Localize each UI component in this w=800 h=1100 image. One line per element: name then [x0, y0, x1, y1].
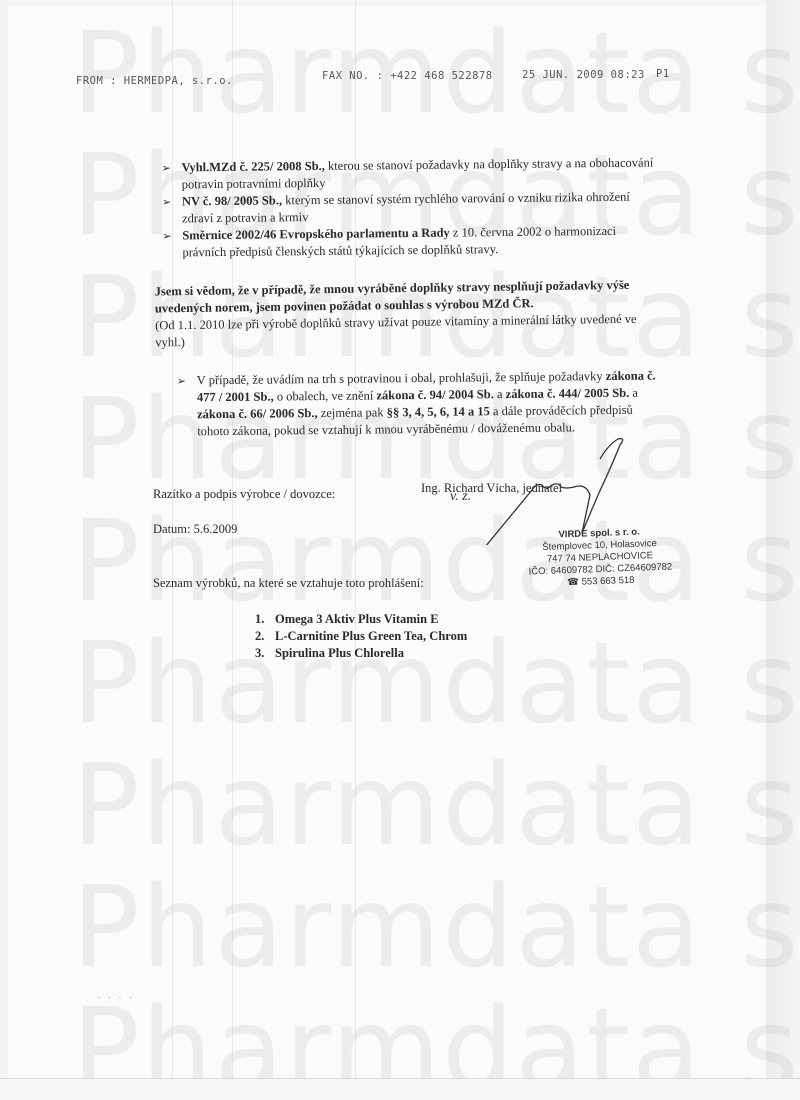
packaging-fragment: zejména pak [318, 405, 387, 420]
product-item: 3.Spirulina Plus Chlorella [255, 645, 467, 662]
regulations-list: ➢ Vyhl.MZd č. 225/ 2008 Sb., kterou se s… [159, 154, 660, 261]
product-name: L-Carnitine Plus Green Tea, Chrom [275, 629, 467, 643]
date-label: Datum: 5.6.2009 [153, 522, 237, 537]
arrow-bullet-icon: ➢ [162, 228, 171, 245]
regulation-ref: NV č. 98/ 2005 Sb., [182, 193, 282, 208]
product-list: 1.Omega 3 Aktiv Plus Vitamin E 2.L-Carni… [255, 611, 467, 662]
fax-datetime: 25 JUN. 2009 08:23 [522, 69, 645, 81]
statement-note: (Od 1.1. 2010 lze při výrobě doplňků str… [155, 311, 653, 352]
law-reference: §§ 3, 4, 5, 6, 14 a 15 [387, 404, 490, 419]
regulation-ref: Směrnice 2002/46 Evropského parlamentu a… [182, 226, 450, 243]
regulation-item: ➢ Vyhl.MZd č. 225/ 2008 Sb., kterou se s… [159, 154, 659, 193]
product-number: 3. [255, 645, 275, 662]
arrow-bullet-icon: ➢ [177, 373, 186, 390]
svg-text:v. z.: v. z. [450, 489, 471, 504]
packaging-fragment: o obalech, ve znění [274, 388, 377, 403]
product-item: 2.L-Carnitine Plus Green Tea, Chrom [255, 628, 467, 645]
arrow-bullet-icon: ➢ [162, 195, 171, 212]
regulation-ref: Vyhl.MZd č. 225/ 2008 Sb., [181, 159, 324, 175]
compliance-statement: Jsem si vědom, že v případě, že mnou vyr… [155, 277, 654, 352]
law-reference: zákona č. 94/ 2004 Sb. [376, 387, 494, 402]
product-name: Spirulina Plus Chlorella [275, 646, 404, 660]
arrow-bullet-icon: ➢ [161, 161, 170, 178]
law-reference: zákona č. 66/ 2006 Sb., [197, 406, 318, 421]
scan-marks: · · · · [98, 994, 135, 1002]
packaging-fragment: a [629, 386, 638, 400]
product-number: 2. [255, 628, 275, 645]
products-intro: Seznam výrobků, na které se vztahuje tot… [153, 576, 424, 591]
fax-number: FAX NO. : +422 468 522878 [322, 70, 493, 82]
packaging-fragment: V případě, že uvádím na trh s potravinou… [197, 369, 606, 387]
packaging-text: V případě, že uvádím na trh s potravinou… [197, 369, 656, 439]
packaging-fragment: a [494, 387, 506, 401]
page-bottom-edge [0, 1078, 800, 1100]
product-item: 1.Omega 3 Aktiv Plus Vitamin E [255, 611, 467, 628]
packaging-declaration: ➢ V případě, že uvádím na trh s potravin… [175, 367, 661, 440]
regulation-item: ➢ NV č. 98/ 2005 Sb., kterým se stanoví … [160, 188, 660, 227]
page-edge-shadow [766, 0, 800, 1100]
fax-page-number: P1 [656, 68, 670, 80]
stamp-signature-label: Razítko a podpis výrobce / dovozce: [153, 487, 335, 502]
law-reference: zákona č. 444/ 2005 Sb. [506, 386, 630, 401]
product-name: Omega 3 Aktiv Plus Vitamin E [275, 612, 439, 626]
packaging-item: ➢ V případě, že uvádím na trh s potravin… [175, 367, 661, 440]
company-stamp: VIRDE spol. s r. o. Štemplovec 10, Holas… [509, 525, 691, 591]
fax-from: FROM : HERMEDPA, s.r.o. [76, 75, 233, 87]
product-number: 1. [255, 611, 275, 628]
regulation-item: ➢ Směrnice 2002/46 Evropského parlamentu… [160, 222, 660, 261]
